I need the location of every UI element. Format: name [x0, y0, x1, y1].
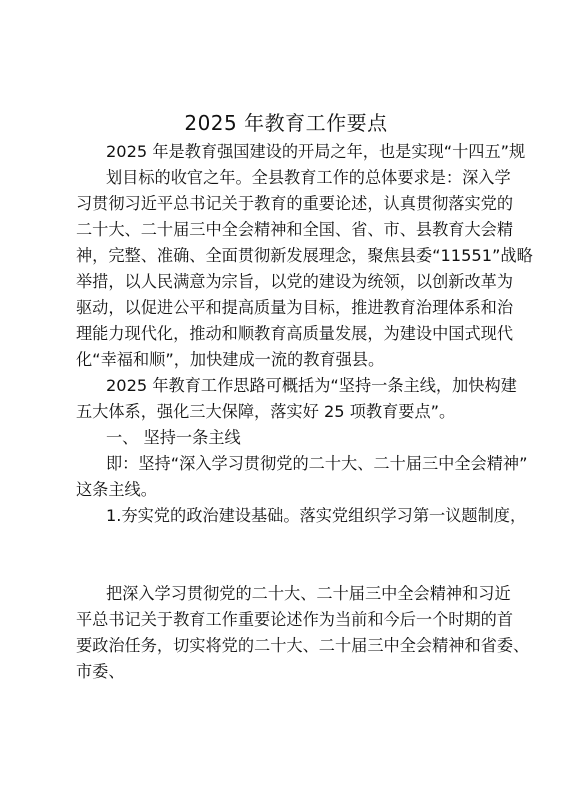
text-line: 要政治任务，切实将党的二十大、二十届三中全会精神和省委、 [76, 633, 498, 659]
text-line: 神，完整、准确、全面贯彻新发展理念，聚焦县委“11551”战略 [76, 243, 498, 269]
text-line: 二十大、二十届三中全会精神和全国、省、市、县教育大会精 [76, 217, 498, 243]
text-line: 2025 年教育工作思路可概括为“坚持一条主线，加快构建 [76, 373, 498, 399]
text-line: 市委、 [76, 659, 498, 685]
text-line: 这条主线。 [76, 477, 498, 503]
text-line: 2025 年是教育强国建设的开局之年，也是实现“十四五”规 [76, 139, 498, 165]
text-line: 驱动，以促进公平和提高质量为目标，推进教育治理体系和治 [76, 295, 498, 321]
text-line: 把深入学习贯彻党的二十大、二十届三中全会精神和习近 [76, 581, 498, 607]
text-line: 平总书记关于教育工作重要论述作为当前和今后一个时期的首 [76, 607, 498, 633]
text-line: 理能力现代化，推动和顺教育高质量发展，为建设中国式现代 [76, 321, 498, 347]
text-line: 即：坚持“深入学习贯彻党的二十大、二十届三中全会精神” [76, 451, 498, 477]
text-line: 1.夯实党的政治建设基础。落实党组织学习第一议题制度， [76, 503, 498, 529]
blank-gap [76, 529, 498, 581]
document-page: 2025 年教育工作要点 2025 年是教育强国建设的开局之年，也是实现“十四五… [0, 0, 570, 807]
text-line: 化“幸福和顺”，加快建成一流的教育强县。 [76, 347, 498, 373]
text-line: 五大体系，强化三大保障，落实好 25 项教育要点”。 [76, 399, 498, 425]
document-title: 2025 年教育工作要点 [0, 109, 570, 137]
text-line: 习贯彻习近平总书记关于教育的重要论述，认真贯彻落实党的 [76, 191, 498, 217]
text-line: 划目标的收官之年。全县教育工作的总体要求是：深入学 [76, 165, 498, 191]
text-line: 举措，以人民满意为宗旨，以党的建设为统领，以创新改革为 [76, 269, 498, 295]
text-line: 一、 坚持一条主线 [76, 425, 498, 451]
document-body: 2025 年是教育强国建设的开局之年，也是实现“十四五”规划目标的收官之年。全县… [76, 139, 498, 685]
